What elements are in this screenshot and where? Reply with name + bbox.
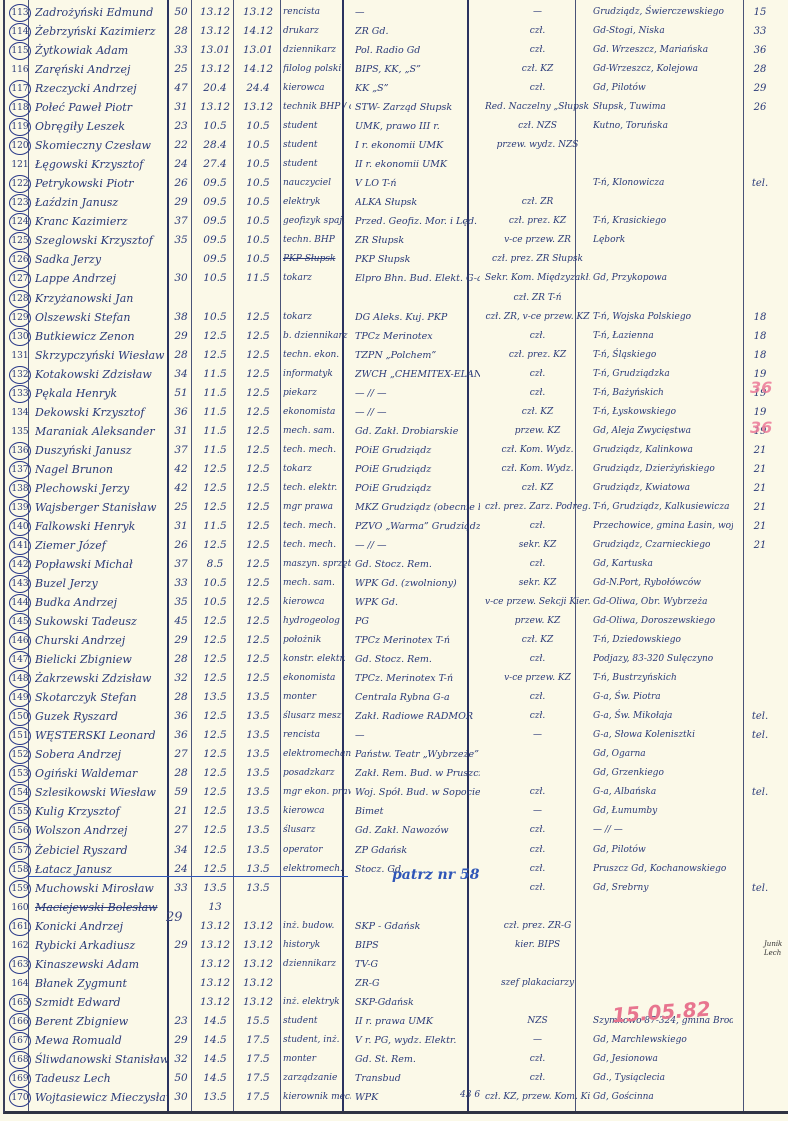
entry-number-label: 152 [9, 746, 31, 764]
entry-number-label: 122 [9, 175, 31, 193]
entry-number-label: 142 [9, 556, 31, 574]
entry-number-label: 114 [9, 23, 31, 41]
margin-note: Junik Lech [764, 940, 788, 958]
entry-number-label: 132 [9, 366, 31, 384]
entry-number-label: 125 [9, 232, 31, 250]
entry-number-label: 164 [11, 979, 28, 989]
entry-number: 170 [7, 1087, 33, 1109]
entry-number-label: 165 [9, 994, 31, 1012]
entry-number-label: 117 [9, 80, 31, 98]
employer-note: 43 6 [460, 1090, 480, 1100]
entry-number-label: 134 [11, 408, 28, 418]
entry-number-label: 131 [11, 351, 28, 361]
table-row: 170Wojtasiewicz Mieczysław3013.517.5kier… [5, 1087, 785, 1109]
entry-number-label: 155 [9, 803, 31, 821]
address: Gd, Gościnna [593, 1087, 733, 1109]
entry-number-label: 144 [9, 594, 31, 612]
entry-number-label: 128 [9, 290, 31, 308]
pink-mark: 36 [750, 378, 772, 397]
entry-number-label: 127 [9, 270, 31, 288]
entry-number-label: 135 [11, 427, 28, 437]
date-from: 13.5 [195, 1087, 235, 1109]
entry-number-label: 116 [11, 65, 28, 75]
entry-number-label: 170 [9, 1089, 31, 1107]
entry-number-label: 157 [9, 842, 31, 860]
entry-number-label: 169 [9, 1070, 31, 1088]
entry-number-label: 160 [11, 903, 28, 913]
entry-number-label: 168 [9, 1051, 31, 1069]
entry-number-label: 130 [9, 328, 31, 346]
entry-number-label: 119 [9, 118, 31, 136]
entry-number-label: 129 [9, 309, 31, 327]
entry-number-label: 149 [9, 689, 31, 707]
entry-number-label: 156 [9, 822, 31, 840]
entry-number-label: 140 [9, 518, 31, 536]
entry-number-label: 159 [9, 880, 31, 898]
age: 30 [170, 1087, 192, 1109]
entry-number-label: 126 [9, 251, 31, 269]
entry-number-label: 120 [9, 137, 31, 155]
entry-number-label: 167 [9, 1032, 31, 1050]
cross-reference-note: patrz nr 58 [392, 867, 479, 883]
pink-mark: 36 [750, 418, 772, 437]
entry-number-label: 154 [9, 784, 31, 802]
entry-number-label: 115 [9, 42, 31, 60]
entry-number-label: 118 [9, 99, 31, 117]
strike-through-line [28, 876, 348, 877]
entry-number-label: 121 [11, 160, 28, 170]
entry-number-label: 138 [9, 480, 31, 498]
entry-number-label: 136 [9, 442, 31, 460]
group-age-note: 29 [166, 910, 183, 925]
occupation: kierownik mech. [283, 1087, 351, 1109]
entry-number-label: 148 [9, 670, 31, 688]
entry-number-label: 123 [9, 194, 31, 212]
union-role: czł. KZ, przew. Kom. Kier. Ruchu WPK [485, 1087, 590, 1109]
entry-number-label: 113 [9, 4, 31, 22]
entry-number-label: 162 [11, 941, 28, 951]
entry-number-label: 133 [9, 385, 31, 403]
entry-number-label: 146 [9, 632, 31, 650]
entry-number-label: 150 [9, 708, 31, 726]
register-page: 113Zadrożyński Edmund5013.1213.12rencist… [0, 0, 788, 1121]
entry-number-label: 143 [9, 575, 31, 593]
entry-number-label: 137 [9, 461, 31, 479]
person-name: Wojtasiewicz Mieczysław [35, 1087, 167, 1109]
entry-number-label: 139 [9, 499, 31, 517]
date-to: 17.5 [238, 1087, 278, 1109]
entry-number-label: 161 [9, 918, 31, 936]
entry-number-label: 153 [9, 765, 31, 783]
entry-number-label: 151 [9, 727, 31, 745]
entry-number-label: 147 [9, 651, 31, 669]
entry-number-label: 124 [9, 213, 31, 231]
entry-number-label: 145 [9, 613, 31, 631]
entry-number-label: 166 [9, 1013, 31, 1031]
entry-number-label: 163 [9, 956, 31, 974]
entry-number-label: 141 [9, 537, 31, 555]
